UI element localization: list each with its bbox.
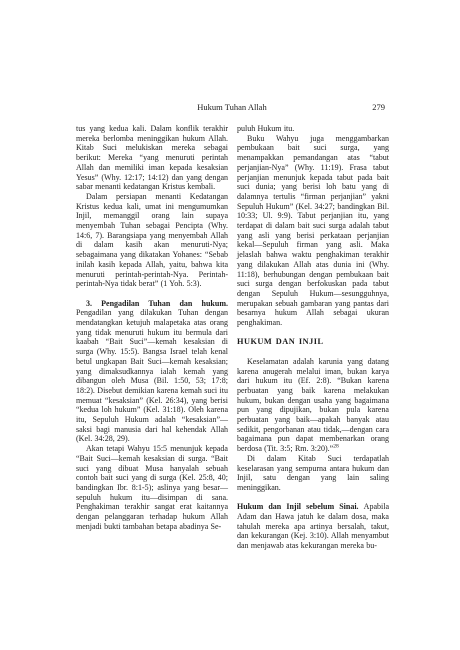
right-column: puluh Hukum itu.Buku Wahyu juga menggamb…: [237, 124, 389, 551]
paragraph: Keselamatan adalah karunia yang datang k…: [237, 357, 389, 454]
paragraph: Di dalam Kitab Suci terdapatlah keselara…: [237, 454, 389, 493]
running-header-title: Hukum Tuhan Allah: [76, 102, 388, 112]
book-page: Hukum Tuhan Allah 279 tus yang kedua kal…: [0, 0, 460, 650]
paragraph: Hukum dan Injil sebelum Sinai. Apabila A…: [237, 502, 389, 551]
text-block: tus yang kedua kali. Dalam konflik terak…: [76, 124, 389, 551]
paragraph: puluh Hukum itu.: [237, 124, 389, 134]
paragraph: tus yang kedua kali. Dalam konflik terak…: [76, 124, 228, 192]
footnote-reference: 28: [333, 444, 339, 450]
paragraph-lead: 3. Pengadilan Tuhan dan hukum.: [86, 299, 228, 308]
section-heading: HUKUM DAN INJIL: [237, 337, 389, 347]
page-number: 279: [372, 102, 385, 112]
paragraph: Dalam persiapan menanti Kedatangan Krist…: [76, 192, 228, 289]
paragraph: Buku Wahyu juga menggambarkan pembukaan …: [237, 134, 389, 328]
left-column: tus yang kedua kali. Dalam konflik terak…: [76, 124, 228, 551]
running-header: Hukum Tuhan Allah 279: [76, 102, 388, 114]
paragraph: 3. Pengadilan Tuhan dan hukum. Pengadila…: [76, 299, 228, 445]
paragraph-lead: Hukum dan Injil sebelum Sinai.: [237, 502, 364, 511]
paragraph: Akan tetapi Wahyu 15:5 menunjuk kepada “…: [76, 444, 228, 531]
